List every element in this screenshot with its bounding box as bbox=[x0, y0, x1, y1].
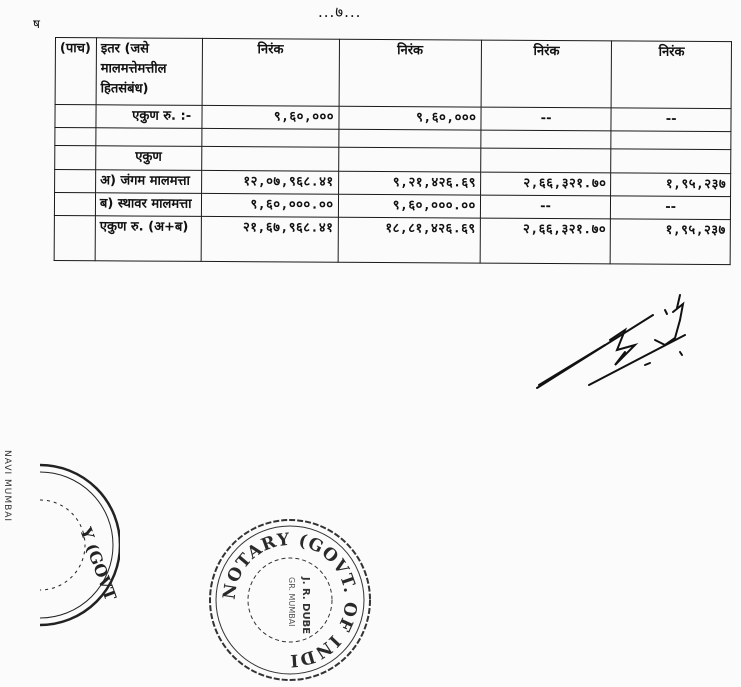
cell-col2: ९,६०,००० bbox=[202, 105, 339, 129]
cell-col2: ९,६०,०००.०० bbox=[201, 193, 338, 217]
svg-text:NOTARY (GOVT. OF INDIA): NOTARY (GOVT. OF INDIA) bbox=[205, 515, 360, 670]
cell-col5: १,९५,२३७ bbox=[611, 173, 731, 197]
notary-stamp-icon: NOTARY (GOVT. OF INDIA) J. R. DUBE GR. M… bbox=[205, 515, 375, 685]
cell-col4: २,६६,३२१.७० bbox=[480, 172, 611, 196]
cell-col5: १,९५,२३७ bbox=[610, 219, 730, 265]
immovable-label: ब) स्थावर मालमत्ता bbox=[95, 193, 201, 217]
svg-text:J. R. DUBE: J. R. DUBE bbox=[300, 576, 311, 634]
cell-col3: ९,६०,०००.०० bbox=[338, 194, 480, 218]
cell-col4: २,६६,३२१.७० bbox=[480, 218, 611, 264]
empty-cell bbox=[55, 105, 96, 128]
row-description: इतर (जसे मालमत्तेमत्तील हितसंबंध) bbox=[96, 38, 202, 106]
cell-col4: -- bbox=[480, 195, 611, 219]
cell-col5: -- bbox=[611, 108, 731, 132]
cell-col3: ९,६०,००० bbox=[338, 106, 480, 130]
cell-col3: १८,८१,४२६.६९ bbox=[338, 217, 481, 263]
cell-col3: ९,२१,४२६.६९ bbox=[338, 171, 480, 195]
row-index: (पाच) bbox=[55, 38, 96, 105]
cell-col3: निरंक bbox=[339, 39, 482, 107]
svg-text:GR. MUMBAI: GR. MUMBAI bbox=[287, 577, 296, 627]
notary-stamp-left-icon: Y (GOVT bbox=[0, 460, 120, 630]
cell-col2: निरंक bbox=[202, 38, 339, 106]
subtotal-label: एकुण रु. :- bbox=[96, 105, 202, 129]
svg-text:Y (GOVT: Y (GOVT bbox=[76, 524, 120, 603]
cell-col2: १२,०७,९६८.४१ bbox=[201, 170, 338, 194]
cell-col2: २१,६७,९६८.४१ bbox=[201, 216, 338, 262]
signature-icon bbox=[525, 290, 705, 400]
cell-col5: -- bbox=[611, 196, 731, 220]
side-stamp-text: NAVI MUMBAI bbox=[2, 450, 12, 522]
cell-col4: निरंक bbox=[481, 40, 612, 108]
page-number: ...७... bbox=[318, 2, 361, 22]
assets-table: (पाच) इतर (जसे मालमत्तेमत्तील हितसंबंध) … bbox=[54, 37, 732, 265]
table-row-other-interests: (पाच) इतर (जसे मालमत्तेमत्तील हितसंबंध) … bbox=[55, 38, 731, 109]
cell-col5: निरंक bbox=[611, 41, 731, 109]
cell-col4: -- bbox=[481, 107, 612, 131]
movable-label: अ) जंगम मालमत्ता bbox=[96, 170, 202, 194]
table-row-grand-total: एकुण रु. (अ+ब) २१,६७,९६८.४१ १८,८१,४२६.६९… bbox=[54, 215, 730, 264]
corner-mark: ष bbox=[33, 15, 40, 32]
grand-total-label: एकुण रु. (अ+ब) bbox=[95, 216, 201, 262]
summary-heading: एकुण bbox=[96, 146, 202, 171]
